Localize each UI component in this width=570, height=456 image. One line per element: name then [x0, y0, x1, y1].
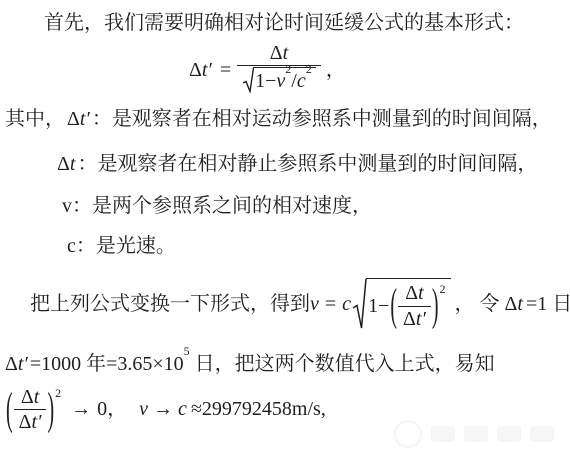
lhs-delta-t-prime: Δt′: [189, 58, 212, 83]
trailing-comma: ，: [326, 58, 346, 83]
document-page: 首先，我们需要明确相对论时间延缓公式的基本形式： Δt′ = Δt 1−v2/c…: [0, 0, 570, 456]
substitution-tail: 日，把这两个数值代入上式，易知: [190, 353, 495, 375]
definition-dt-prime: 其中，Δt′：是观察者在相对运动参照系中测量到的时间间隔，: [5, 107, 552, 132]
radicand: 1−v2/c2: [253, 67, 316, 93]
left-paren: (: [389, 284, 398, 329]
v-symbol: v: [139, 397, 148, 422]
dt-prime-symbol: Δt′: [5, 353, 28, 375]
equals-sign: =: [220, 58, 231, 83]
equals-sign: =: [325, 292, 336, 317]
transform-paragraph: 把上列公式变换一下形式，得到 v = c 1− ( Δt Δt′ ) 2 ， 令…: [30, 278, 570, 330]
right-paren: ): [46, 387, 55, 432]
definition-text: 是光速。: [96, 235, 176, 257]
time-dilation-formula: Δt′ = Δt 1−v2/c2 ，: [187, 42, 346, 99]
conclusion-line: ( Δt Δt′ ) 2 → 0 ， v → c ≈ 299792458m/s,: [5, 386, 326, 434]
arrow: →: [153, 397, 173, 422]
dt-ratio-fraction: Δt Δt′: [398, 282, 431, 330]
definition-c: c：是光速。: [67, 234, 176, 259]
left-paren: (: [5, 387, 14, 432]
watermark-glyph: [530, 426, 554, 442]
definition-text: 是观察者在相对运动参照系中测量到的时间间隔，: [112, 108, 552, 130]
watermark-glyph: [431, 426, 455, 442]
definition-text: 是观察者在相对静止参照系中测量到的时间间隔，: [97, 153, 537, 175]
radical-sign-icon: [352, 278, 367, 330]
square-root-big: 1− ( Δt Δt′ ) 2: [352, 278, 450, 330]
dt-symbol: Δt: [505, 292, 523, 317]
speed-value: 299792458m/s,: [202, 397, 326, 422]
fraction-denominator: 1−v2/c2: [237, 65, 321, 98]
approx-sign: ≈: [191, 397, 202, 422]
radicand: 1− ( Δt Δt′ ) 2: [366, 278, 450, 330]
zero: 0: [97, 397, 107, 422]
definition-text: 是两个参照系之间的相对速度，: [92, 195, 372, 217]
c-symbol: c: [67, 235, 76, 257]
substitution-line: Δt′=1000 年=3.65×105 日，把这两个数值代入上式，易知: [5, 352, 495, 377]
definition-dt: Δt：是观察者在相对静止参照系中测量到的时间间隔，: [55, 152, 537, 177]
intro-text: 首先，我们需要明确相对论时间延缓公式的基本形式：: [44, 12, 524, 34]
dt-prime-symbol: Δt′: [67, 108, 90, 130]
definition-v: v：是两个参照系之间的相对速度，: [62, 194, 372, 219]
comma: ，: [455, 292, 475, 317]
exponent: 2: [55, 387, 61, 399]
definition-lead: 其中，: [5, 108, 65, 130]
watermark-logo-icon: [394, 420, 422, 448]
comma: ，: [107, 397, 127, 422]
v-symbol: v: [62, 195, 72, 217]
c-symbol: c: [342, 292, 351, 317]
fraction: Δt 1−v2/c2: [237, 42, 321, 99]
v-symbol: v: [310, 292, 319, 317]
t-prime-symbol: t′: [202, 59, 212, 81]
watermark: [394, 420, 554, 448]
watermark-glyph: [497, 426, 521, 442]
intro-line: 首先，我们需要明确相对论时间延缓公式的基本形式：: [44, 11, 524, 36]
delta-symbol: Δ: [189, 59, 202, 81]
transform-text-ling: 令: [480, 292, 500, 317]
transform-text-before: 把上列公式变换一下形式，得到: [30, 292, 310, 317]
c-symbol: c: [178, 397, 187, 422]
exponent: 5: [184, 344, 190, 358]
arrow: →: [71, 397, 91, 422]
dt-ratio-fraction: Δt Δt′: [14, 386, 47, 434]
exponent: 2: [440, 283, 446, 295]
square-root: 1−v2/c2: [242, 67, 316, 93]
right-paren: ): [431, 284, 440, 329]
substitution-mid: =1000 年=3.65×10: [30, 353, 184, 375]
transform-text-tail: =1 日，: [526, 292, 570, 317]
dt-symbol: Δt: [57, 153, 75, 175]
watermark-glyph: [464, 426, 488, 442]
